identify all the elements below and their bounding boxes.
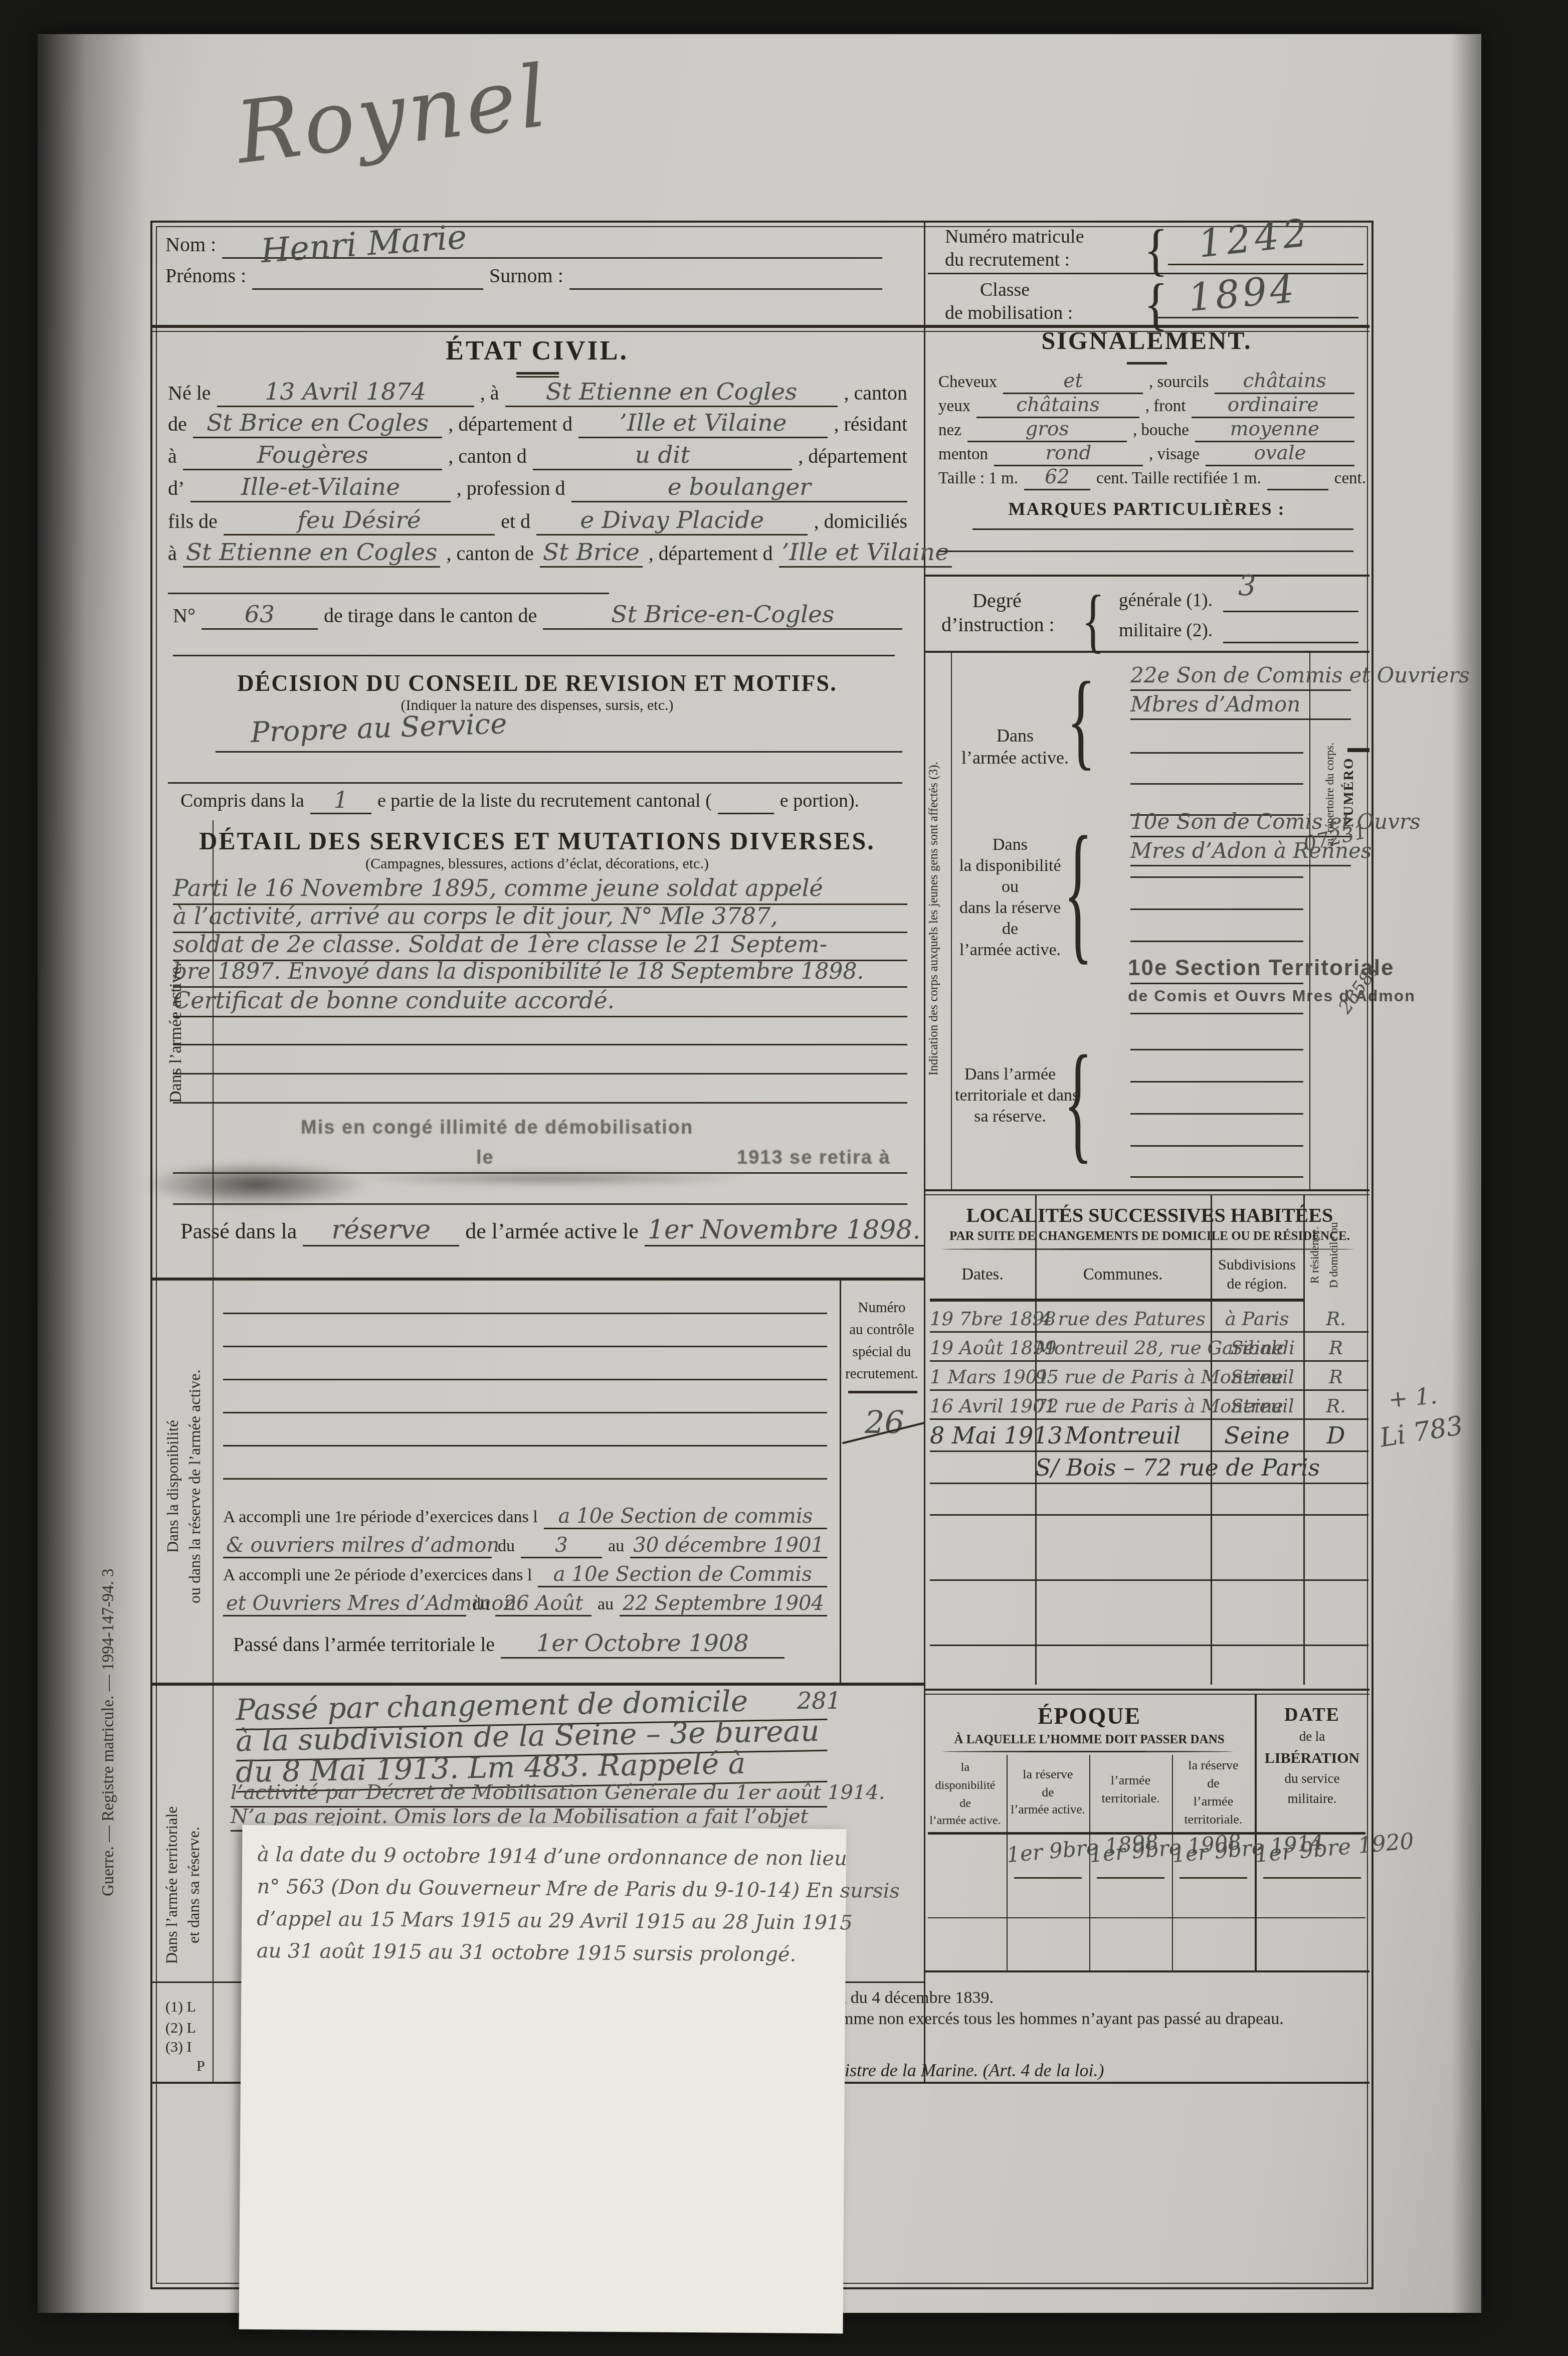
- controle-label-2: au contrôle: [841, 1322, 923, 1338]
- marques-title: MARQUES PARTICULIÈRES :: [924, 498, 1369, 519]
- printed-label: , à: [480, 381, 499, 407]
- rule-line: [1130, 1176, 1303, 1178]
- localites-cell-s: Seine: [1211, 1366, 1303, 1391]
- patch-hand-4: au 31 août 1915 au 31 octobre 1915 sursi…: [257, 1939, 797, 1966]
- section-rule: [924, 575, 1369, 577]
- localites-cell-c: Montreuil: [1035, 1422, 1211, 1452]
- rule-line: [1130, 783, 1303, 785]
- localites-row: 16 Avril 190172 rue de Paris à Montreuil…: [930, 1391, 1368, 1420]
- handwritten-entry: châtains: [1215, 371, 1354, 394]
- rule-line: [848, 1391, 917, 1393]
- rule-line: [1168, 264, 1363, 265]
- periode-2-line-a: A accompli une 2e période d’exercices da…: [223, 1560, 827, 1587]
- handwritten-entry: ovale: [1206, 443, 1354, 466]
- patch-hand-2: n° 563 (Don du Gouverneur Mre de Paris d…: [257, 1875, 900, 1903]
- conge-stamp-line-1: Mis en congé illimité de démobilisation: [301, 1117, 693, 1139]
- rule-line: [173, 1102, 907, 1104]
- printed-label: , bouche: [1133, 421, 1189, 442]
- handwritten-entry: a 10e Section de Commis: [538, 1564, 827, 1587]
- printed-label: Compris dans la: [180, 790, 304, 814]
- localites-cell-c: 4 rue des Patures: [1035, 1308, 1211, 1333]
- localites-cell-s: à Paris: [1211, 1308, 1303, 1333]
- matricule-label-2: du recrutement :: [945, 249, 1070, 271]
- corps-side-label: Indication des corps auxquels les jeunes…: [927, 658, 941, 1179]
- footnote-marker-2: (2) L: [165, 2020, 196, 2037]
- dispo-side-label-1: Dans la disponibilité: [163, 1309, 182, 1665]
- date-header-1: DATE: [1255, 1704, 1369, 1726]
- instruction-generale-value: 3: [1238, 570, 1256, 602]
- rule-line: [1180, 1877, 1247, 1879]
- printed-label: et d: [501, 509, 530, 535]
- corps-row3-label-c: sa réserve.: [955, 1107, 1065, 1126]
- handwritten-entry: 30 décembre 1901: [630, 1535, 827, 1558]
- date-header-5: militaire.: [1255, 1791, 1369, 1806]
- rule-line: [930, 1514, 1368, 1516]
- section-rule: [924, 1689, 1369, 1691]
- signalement-title: SIGNALEMENT.: [924, 326, 1369, 355]
- printed-label: yeux: [938, 397, 970, 418]
- handwritten-entry: 26 Août: [495, 1593, 592, 1616]
- title-bar: [1127, 362, 1167, 365]
- corps-row1-hand-1: 22e Son de Commis et Ouvriers: [1130, 663, 1351, 691]
- rule-line: [1130, 752, 1303, 754]
- printed-label: Né le: [168, 381, 211, 407]
- handwritten-entry: u dit: [533, 443, 792, 470]
- rule-line: [223, 1478, 827, 1480]
- printed-label: de: [168, 412, 187, 438]
- corps-row1-brace: {: [1067, 666, 1096, 774]
- territoriale-note-4: l’activité par Décret de Mobilisation Gé…: [231, 1781, 827, 1807]
- corps-row1-label-b: l’armée active.: [955, 747, 1075, 768]
- localites-cell-d: [930, 1481, 1035, 1484]
- etat-civil-line-2: deSt Brice en Cogles, département d’Ille…: [168, 410, 907, 438]
- blank-field: [718, 812, 774, 814]
- corps-row1-label-a: Dans: [955, 725, 1075, 746]
- handwritten-entry: Ille-et-Vilaine: [190, 475, 451, 502]
- etat-civil-line-6: àSt Etienne en Cogles, canton deSt Brice…: [168, 539, 907, 568]
- printed-label: Taille : 1 m.: [938, 469, 1018, 490]
- swash-rule: [942, 1751, 1233, 1752]
- localites-cell-r: [1303, 1481, 1368, 1484]
- printed-label: A accompli une 2e période d’exercices da…: [223, 1566, 532, 1587]
- epoque-col1-a: la: [924, 1761, 1007, 1774]
- rule-line: [1014, 1877, 1082, 1879]
- rule-line: [168, 782, 902, 784]
- handwritten-entry: e Divay Placide: [536, 508, 808, 535]
- handwritten-entry: St Brice en Cogles: [193, 411, 442, 438]
- epoque-title: ÉPOQUE: [924, 1703, 1255, 1729]
- rule-line: [223, 1379, 827, 1380]
- rule-line: [1223, 642, 1358, 643]
- classe-label-1: Classe: [980, 279, 1030, 301]
- controle-column-border: [840, 1278, 841, 1683]
- corps-row2-label-b: la disponibilité: [955, 856, 1065, 875]
- handwritten-entry: Fougères: [183, 443, 442, 470]
- localites-cell-d: 19 Août 1899: [930, 1337, 1035, 1362]
- handwritten-entry: 63: [202, 602, 318, 630]
- repertoire-divider: [1309, 651, 1310, 1189]
- controle-label-1: Numéro: [841, 1300, 923, 1316]
- localites-cell-s: Seine: [1211, 1337, 1303, 1362]
- printed-label: au: [608, 1537, 624, 1558]
- epoque-col4-a: la réserve: [1172, 1758, 1255, 1773]
- handwritten-entry: feu Désiré: [224, 508, 495, 535]
- printed-label: , résidant: [834, 412, 907, 438]
- corps-row2-label-f: l’armée active.: [955, 941, 1065, 960]
- etat-civil-line-5: fils defeu Désiréet de Divay Placide, do…: [168, 507, 907, 535]
- printed-label: du: [498, 1537, 515, 1558]
- epoque-col4-b: de: [1172, 1776, 1255, 1791]
- printed-label: d’: [168, 476, 184, 502]
- rule-line: [173, 1044, 907, 1045]
- signalement-line-4: mentonrond, visageovale: [938, 444, 1354, 466]
- table-header-rule: [930, 1299, 1303, 1302]
- footnote-marker-1: (1) L: [165, 1999, 196, 2016]
- passe-reserve-line: Passé dans laréservede l’armée active le…: [180, 1215, 902, 1246]
- rule-line: [223, 1412, 827, 1413]
- localites-cell-r: R: [1303, 1337, 1368, 1362]
- printed-label: , front: [1145, 397, 1186, 418]
- paper-patch: à la date du 9 octobre 1914 d’une ordonn…: [239, 1825, 847, 2333]
- date-header-4: du service: [1255, 1771, 1369, 1786]
- scanned-register-photo: Guerre. — Registre matricule. — 1994-147…: [0, 0, 1568, 2356]
- date-header-2: de la: [1255, 1729, 1369, 1744]
- title-bar: [516, 372, 559, 375]
- services-hand-1: Parti le 16 Novembre 1895, comme jeune s…: [173, 874, 907, 905]
- epoque-col1-d: l’armée active.: [924, 1814, 1007, 1828]
- title-bar: [516, 376, 559, 378]
- printed-label: Passé dans l’armée territoriale le: [233, 1633, 495, 1659]
- handwritten-entry: 1: [310, 788, 371, 814]
- handwritten-entry: ordinaire: [1192, 395, 1354, 418]
- swash-rule: [942, 1248, 1353, 1250]
- handwritten-entry: St Brice: [540, 540, 643, 568]
- rule-line: [930, 1645, 1368, 1646]
- printed-label: cent. Taille rectifiée 1 m.: [1096, 469, 1261, 490]
- corps-row2-label-d: dans la réserve: [955, 898, 1065, 918]
- corps-row2-label-e: de: [955, 920, 1065, 939]
- matricule-label-1: Numéro matricule: [945, 226, 1084, 248]
- passe-territoriale-line: Passé dans l’armée territoriale le1er Oc…: [233, 1630, 785, 1659]
- printed-label: e partie de la liste du recrutement cant…: [377, 790, 712, 814]
- printed-label: , profession d: [457, 476, 565, 502]
- epoque-col1-b: disponibilité: [924, 1779, 1007, 1792]
- handwritten-entry: moyenne: [1195, 419, 1354, 442]
- decision-subtitle: (Indiquer la nature des dispenses, sursi…: [150, 697, 924, 714]
- etat-civil-title: ÉTAT CIVIL.: [150, 335, 924, 366]
- printed-label: au: [598, 1595, 614, 1616]
- handwritten-entry: ’Ille et Vilaine: [779, 540, 952, 568]
- controle-label-3: spécial du: [841, 1344, 923, 1360]
- armee-active-side-label: Dans l’armée active.: [166, 842, 185, 1223]
- corps-side-divider: [951, 651, 952, 1189]
- handwritten-entry: et Ouvriers Mres d’Adminon: [223, 1593, 466, 1616]
- localites-cell-s: Seine: [1211, 1422, 1303, 1452]
- prenoms-label: Prénoms :: [165, 264, 246, 290]
- printed-label: , canton d: [448, 444, 527, 470]
- localites-row: 8 Mai 1913MontreuilSeineD: [930, 1420, 1368, 1452]
- etat-civil-line-1: Né le13 Avril 1874, àSt Etienne en Cogle…: [168, 379, 907, 407]
- signalement-line-1: Cheveuxet, sourcilschâtains: [938, 372, 1354, 394]
- rule-line: [1130, 909, 1303, 910]
- periode-1-line-a: A accompli une 1re période d’exercices d…: [223, 1502, 827, 1529]
- localites-header-dr-2: R résidence.: [1308, 1202, 1321, 1308]
- printed-label: à: [168, 444, 177, 470]
- services-hand-3: soldat de 2e classe. Soldat de 1ère clas…: [173, 931, 907, 961]
- handwritten-entry: rond: [994, 443, 1143, 466]
- printed-label: , département d: [448, 412, 572, 438]
- services-hand-4: bre 1897. Envoyé dans la disponibilité l…: [173, 959, 907, 988]
- side-label-divider: [213, 820, 214, 2082]
- rule-line: [930, 1579, 1368, 1581]
- rule-line: [1130, 1049, 1303, 1050]
- conge-stamp-le: le: [476, 1147, 494, 1169]
- printed-label: fils de: [168, 509, 218, 535]
- rule-line: [173, 1073, 907, 1074]
- printed-label: du: [472, 1595, 489, 1616]
- printed-label: , département: [798, 444, 907, 470]
- signalement-line-2: yeuxchâtains, frontordinaire: [938, 396, 1354, 418]
- patch-hand-3: d’appel au 15 Mars 1915 au 29 Avril 1915…: [257, 1907, 853, 1934]
- spine-caption: Guerre. — Registre matricule. — 1994-147…: [99, 1399, 118, 2066]
- services-title: DÉTAIL DES SERVICES ET MUTATIONS DIVERSE…: [150, 826, 924, 855]
- printed-label: , visage: [1149, 445, 1200, 466]
- classe-value: 1894: [1187, 266, 1299, 320]
- section-rule: [924, 1189, 1369, 1191]
- surnom-blank: [569, 287, 882, 290]
- printed-label: , canton de: [446, 541, 533, 568]
- printed-label: , canton: [844, 381, 907, 407]
- rule-line: [928, 1917, 1365, 1918]
- localites-cell-s: [1211, 1481, 1303, 1484]
- handwritten-entry: 22 Septembre 1904: [620, 1593, 827, 1616]
- binding-shadow: [38, 34, 145, 2313]
- rule-line: [223, 1346, 827, 1347]
- conge-stamp-line-2: 1913 se retira à: [737, 1147, 891, 1169]
- printed-label: cent.: [1334, 469, 1366, 490]
- section-rule: [924, 1970, 1369, 1972]
- corps-row2-label-c: ou: [955, 877, 1065, 896]
- handwritten-entry: St Brice-en-Cogles: [543, 602, 902, 630]
- printed-label: , sourcils: [1149, 373, 1209, 394]
- epoque-col3-a: l’armée: [1089, 1773, 1172, 1788]
- corps-row1-hand-2: Mbres d’Admon: [1130, 692, 1351, 720]
- classe-label-2: de mobilisation :: [945, 302, 1073, 324]
- handwritten-entry: ’Ille et Vilaine: [578, 411, 828, 438]
- handwritten-entry: 3: [521, 1535, 602, 1558]
- printed-label: nez: [938, 421, 961, 442]
- handwritten-entry: et: [1003, 371, 1143, 394]
- services-hand-5: Certificat de bonne conduite accordé.: [173, 987, 907, 1017]
- footnote-marker-3: (3) I: [165, 2039, 191, 2056]
- epoque-col2-a: la réserve: [1007, 1767, 1089, 1782]
- footnote-frag-4: u Ministre de la Marine. (Art. 4 de la l…: [802, 2060, 1104, 2081]
- localites-cell-c: 72 rue de Paris à Montreuil: [1035, 1395, 1211, 1420]
- handwritten-entry: St Etienne en Cogles: [183, 540, 441, 568]
- localites-cell-r: R.: [1303, 1308, 1368, 1333]
- printed-label: à: [168, 541, 177, 568]
- handwritten-entry: 62: [1024, 467, 1090, 490]
- epoque-subtitle: À LAQUELLE L’HOMME DOIT PASSER DANS: [924, 1733, 1255, 1747]
- printed-label: A accompli une 1re période d’exercices d…: [223, 1508, 538, 1529]
- taille-line: Taille : 1 m.62cent. Taille rectifiée 1 …: [938, 468, 1354, 490]
- localites-row: 19 7bre 18984 rue des Paturesà ParisR.: [930, 1304, 1368, 1333]
- instruction-label-2: d’instruction :: [941, 613, 1055, 636]
- rule-line: [1158, 317, 1358, 318]
- rule-line: [924, 1694, 1369, 1695]
- printed-label: de tirage dans le canton de: [324, 604, 537, 630]
- section-rule: [924, 651, 1369, 653]
- prenoms-line: Prénoms : Surnom :: [165, 257, 882, 290]
- rule-line: [972, 528, 1353, 530]
- localites-cell-s: Seine: [1211, 1395, 1303, 1420]
- periode-2-line-b: et Ouvriers Mres d’Adminondu26 Aoûtau22 …: [223, 1589, 827, 1616]
- instruction-label-1: Degré: [972, 589, 1022, 612]
- rule-line: [1130, 1081, 1303, 1082]
- handwritten-entry: 1er Novembre 1898.: [645, 1216, 924, 1246]
- surnom-label: Surnom :: [489, 264, 563, 290]
- handwritten-entry: e boulanger: [571, 475, 908, 502]
- epoque-col2-b: de: [1007, 1785, 1089, 1800]
- printed-label: , domiciliés: [814, 509, 907, 535]
- rule-line: [1263, 1877, 1361, 1879]
- margin-note-plus: + 1.: [1388, 1382, 1438, 1413]
- localites-row: 1 Mars 190195 rue de Paris à MontreuilSe…: [930, 1362, 1368, 1391]
- rule-line: [1130, 876, 1303, 878]
- localites-cell-d: 19 7bre 1898: [930, 1308, 1035, 1333]
- ink-smear: [351, 1171, 752, 1185]
- epoque-col2-c: l’armée active.: [1007, 1803, 1089, 1817]
- rule-line: [1223, 611, 1358, 612]
- instruction-brace: {: [1082, 585, 1105, 656]
- rule-line: [1130, 1013, 1303, 1014]
- localites-cell-c: S/ Bois – 72 rue de Paris: [1035, 1454, 1211, 1484]
- localites-cell-d: 1 Mars 1901: [930, 1366, 1035, 1391]
- localites-row: S/ Bois – 72 rue de Paris: [930, 1452, 1368, 1484]
- rule-line: [223, 1445, 827, 1446]
- corps-row2-brace: {: [1064, 813, 1093, 970]
- rule-line: [938, 551, 1353, 552]
- rule-line: [924, 1194, 1369, 1195]
- nom-label: Nom :: [165, 233, 216, 259]
- periode-1-line-b: & ouvriers milres d’admondu3au30 décembr…: [223, 1531, 827, 1558]
- rule-line: [1130, 1113, 1303, 1115]
- handwritten-entry: réserve: [303, 1216, 459, 1246]
- instruction-militaire-label: militaire (2).: [1119, 620, 1213, 641]
- localites-cell-r: R.: [1303, 1395, 1368, 1420]
- corps-row2-label-a: Dans: [955, 835, 1065, 854]
- signalement-line-3: nezgros, bouchemoyenne: [938, 420, 1354, 442]
- corps-row3-brace: {: [1064, 1036, 1093, 1168]
- services-subtitle: (Campagnes, blessures, actions d’éclat, …: [150, 855, 924, 872]
- localites-cell-r: R: [1303, 1366, 1368, 1391]
- rule-line: [173, 1203, 907, 1205]
- localites-cell-c: 95 rue de Paris à Montreuil: [1035, 1366, 1211, 1391]
- localites-rows: 19 7bre 18984 rue des Paturesà ParisR.19…: [930, 1304, 1368, 1484]
- rule-line: [173, 655, 895, 656]
- blank-field: [1267, 488, 1328, 490]
- localites-cell-d: 16 Avril 1901: [930, 1395, 1035, 1420]
- tick-mark: [1347, 748, 1369, 752]
- handwritten-entry: a 10e Section de commis: [544, 1506, 827, 1529]
- rule-line: [1097, 1877, 1164, 1879]
- handwritten-entry: St Etienne en Cogles: [505, 380, 838, 407]
- rule-line: [168, 593, 609, 594]
- controle-label-4: recrutement.: [841, 1366, 923, 1382]
- corps-row3-label-a: Dans l’armée: [955, 1065, 1065, 1084]
- rule-line: [1130, 983, 1303, 984]
- instruction-generale-label: générale (1).: [1119, 590, 1213, 611]
- localites-header-dates: Dates.: [930, 1265, 1035, 1284]
- footnote-frag-2: dra comme non exercés tous les hommes n’…: [798, 2010, 1284, 2029]
- printed-label: de l’armée active le: [465, 1218, 639, 1246]
- localites-cell-c: Montreuil 28, rue Garibaldi: [1035, 1337, 1211, 1362]
- localites-header-subdiv-2: de région.: [1211, 1276, 1303, 1293]
- section-rule: [150, 1278, 924, 1281]
- territoriale-stamp-line-2: de Comis et Ouvrs Mres d’Admon: [1128, 987, 1416, 1005]
- services-hand-2: à l’activité, arrivé au corps le dit jou…: [173, 902, 907, 933]
- dispo-side-label-2: ou dans la réserve de l’armée active.: [185, 1294, 204, 1680]
- printed-label: e portion).: [780, 790, 859, 814]
- corps-row3-label-b: territoriale et dans: [955, 1086, 1065, 1105]
- localites-header-subdiv-1: Subdivisions: [1211, 1256, 1303, 1274]
- localites-header-communes: Communes.: [1035, 1265, 1211, 1284]
- printed-label: N°: [173, 604, 195, 630]
- rule-line: [216, 751, 902, 753]
- epoque-col1-c: de: [924, 1797, 1007, 1810]
- prenoms-blank: [252, 287, 483, 290]
- compris-line: Compris dans la1e partie de la liste du …: [180, 785, 897, 814]
- decision-title: DÉCISION DU CONSEIL DE REVISION ET MOTIF…: [150, 670, 924, 696]
- printed-label: Cheveux: [938, 373, 997, 394]
- tirage-line: N°63de tirage dans le canton deSt Brice-…: [173, 600, 902, 630]
- page-edge: [1451, 34, 1481, 2313]
- printed-label: menton: [938, 445, 988, 466]
- matricule-brace: {: [1144, 222, 1168, 279]
- localites-header-dr-1: D domicile ou: [1327, 1202, 1340, 1308]
- etat-civil-line-3: àFougères, canton du dit, département: [168, 443, 907, 470]
- localites-cell-d: 8 Mai 1913: [930, 1422, 1035, 1452]
- printed-label: Passé dans la: [180, 1218, 297, 1246]
- etat-civil-line-4: d’Ille-et-Vilaine, profession de boulang…: [168, 475, 907, 502]
- rule-line: [223, 1313, 827, 1314]
- handwritten-entry: gros: [967, 419, 1127, 442]
- localites-row: 19 Août 1899Montreuil 28, rue GaribaldiS…: [930, 1333, 1368, 1362]
- printed-label: , département d: [649, 541, 773, 568]
- rule-line: [1130, 941, 1303, 942]
- footnote-marker-4: P: [197, 2058, 205, 2075]
- epoque-col4-c: l’armée: [1172, 1794, 1255, 1809]
- handwritten-entry: 13 Avril 1874: [217, 380, 474, 407]
- handwritten-entry: 1er Octobre 1908: [501, 1631, 785, 1659]
- date-header-3: LIBÉRATION: [1255, 1750, 1369, 1767]
- handwritten-entry: châtains: [976, 395, 1139, 418]
- epoque-col3-b: territoriale.: [1089, 1791, 1172, 1806]
- patch-hand-1: à la date du 9 octobre 1914 d’une ordonn…: [257, 1843, 847, 1870]
- rule-line: [1130, 1145, 1303, 1147]
- epoque-col4-d: territoriale.: [1172, 1812, 1255, 1827]
- handwritten-entry: & ouvriers milres d’admon: [223, 1535, 492, 1558]
- localites-cell-r: D: [1303, 1422, 1368, 1452]
